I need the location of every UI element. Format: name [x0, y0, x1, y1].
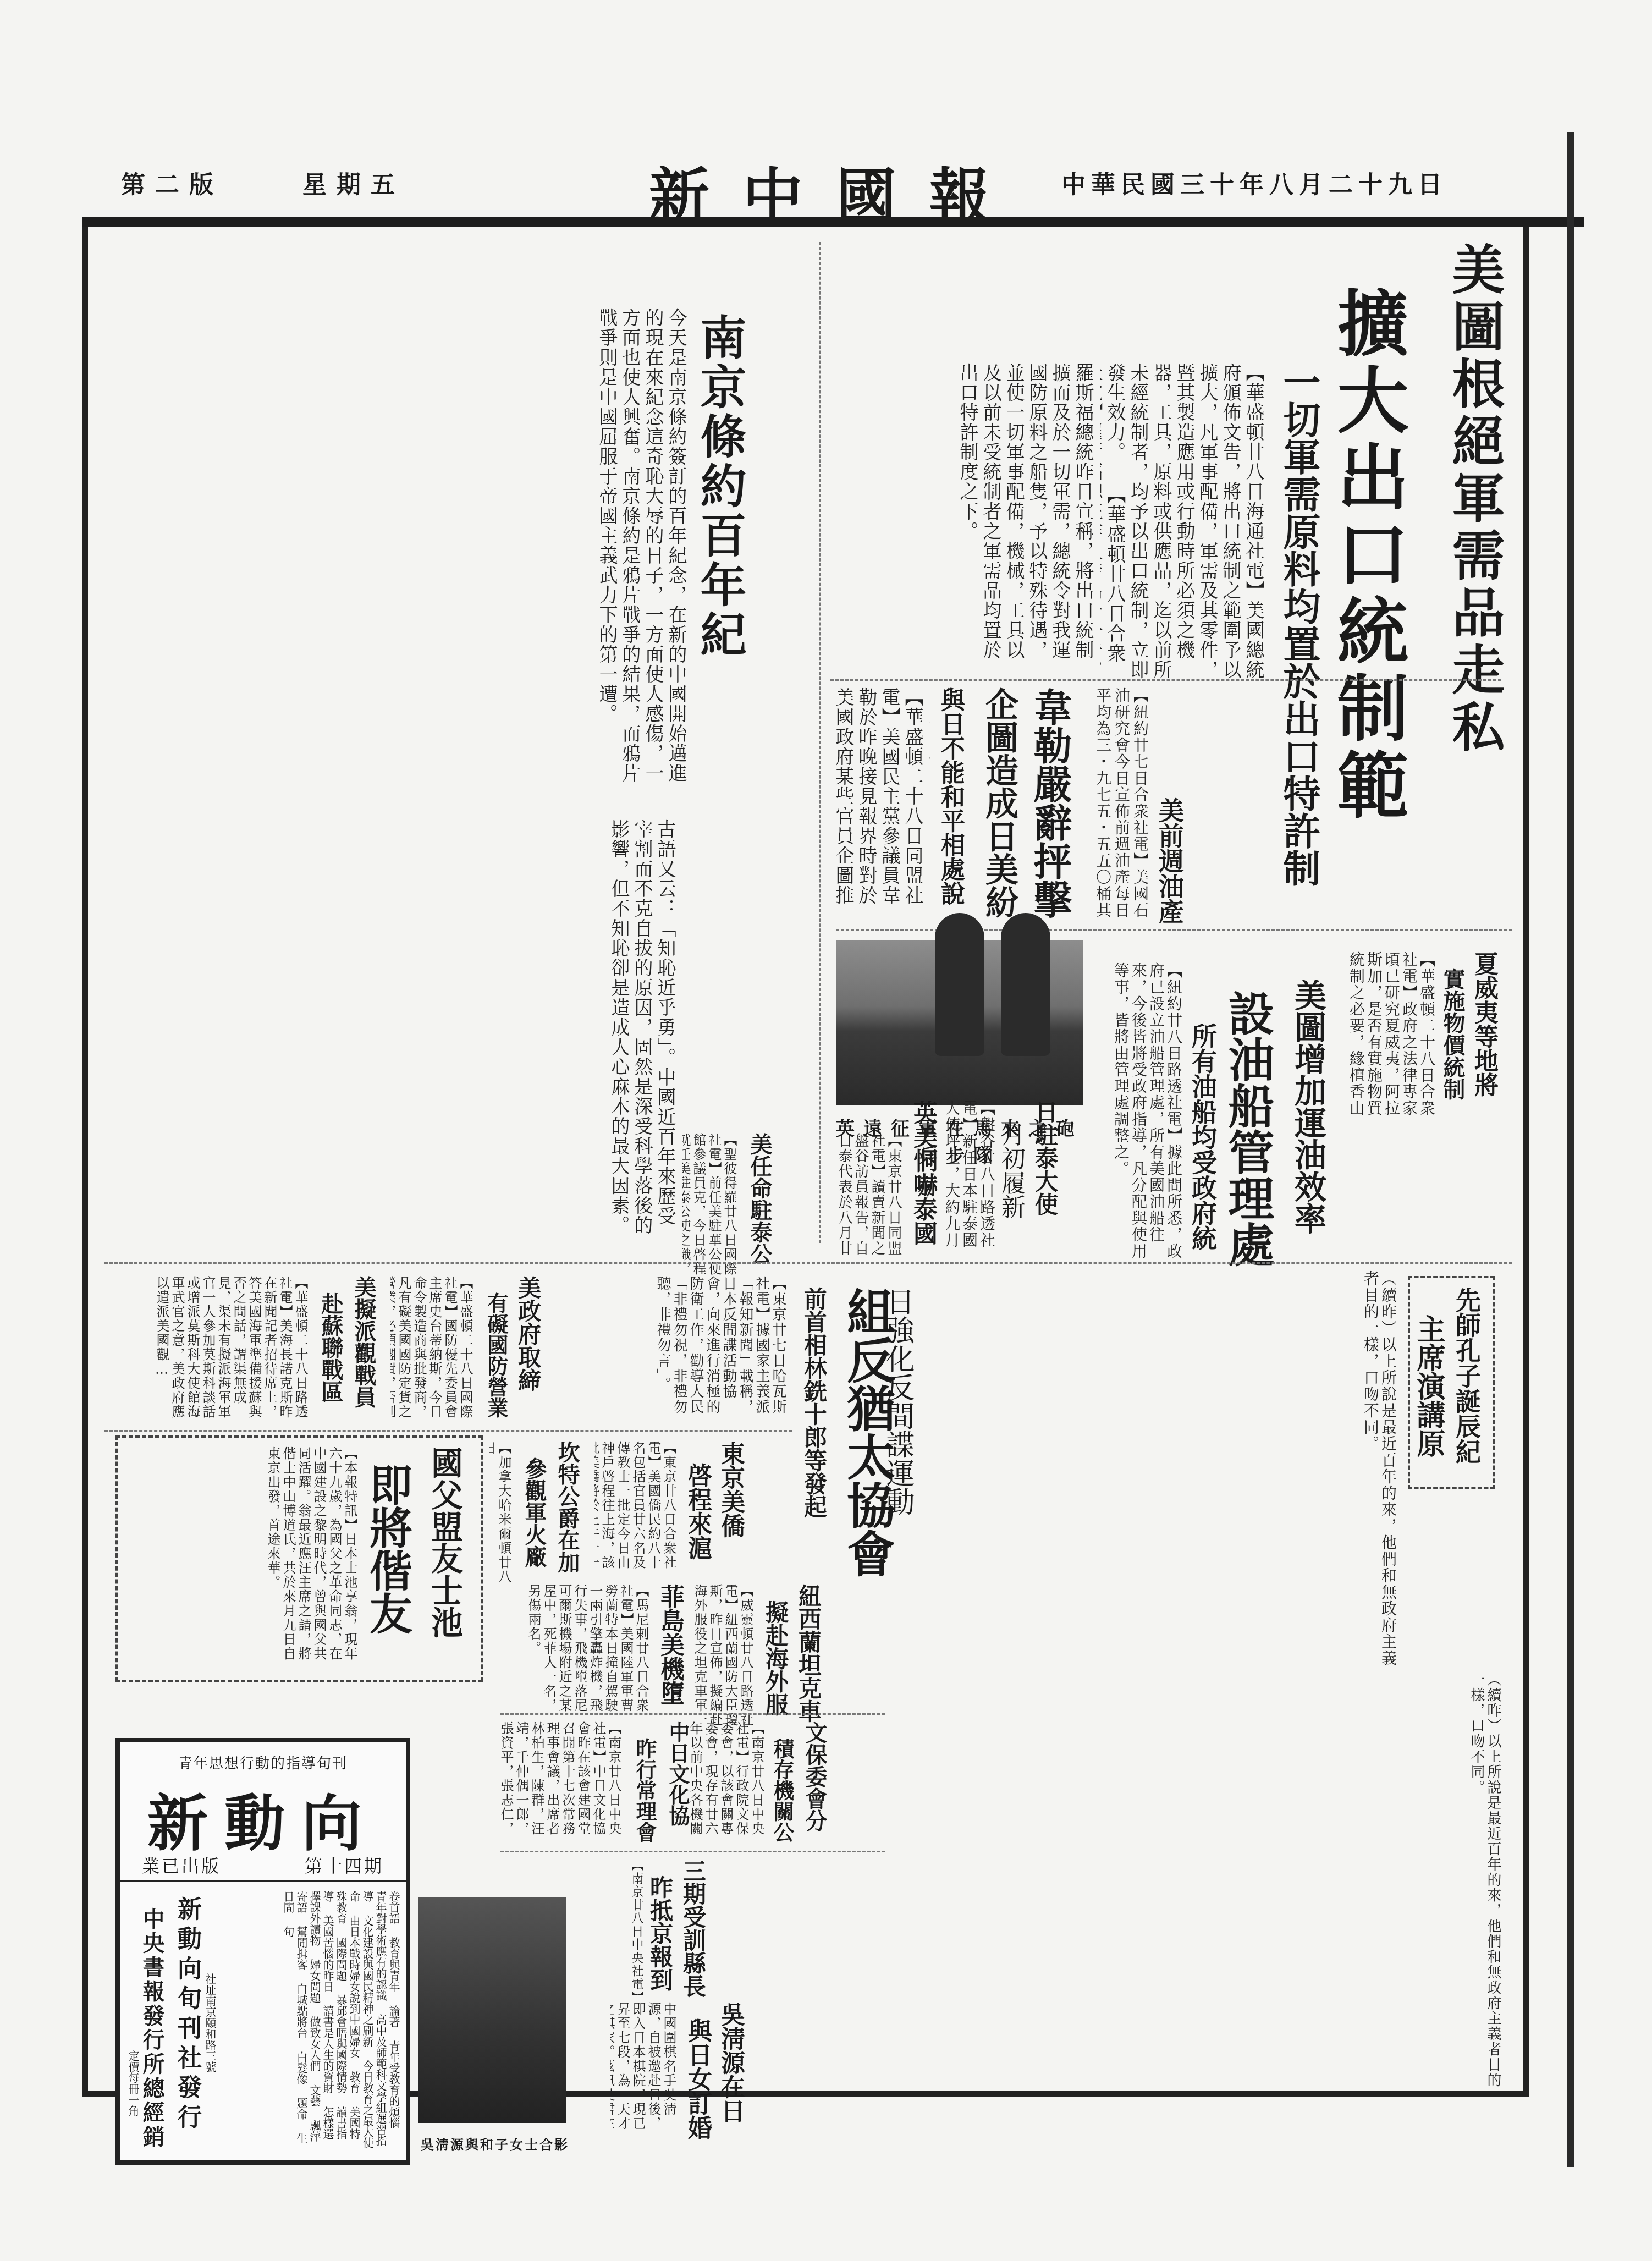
- export-headline-main: 擴大出口統制範圍: [1331, 286, 1419, 891]
- thai-ambassador-headline: 日駐泰大使: [1028, 1100, 1061, 1243]
- confucius-body-continued: （續昨）以上所說是最近百年的來，他們和無政府主義者目的一樣，口吻不同。: [907, 1672, 1501, 2090]
- thai-ambassador-body: 【盤谷廿八日路透社電】新任日本駐泰國大使坪上，大約九月三日可抵泰履新。: [946, 1100, 995, 1259]
- philippines-body: 【馬尼剌廿八日合衆社電】美國陸軍軍曹勞蘭特本日撞自駕駛一兩引擎轟炸機，飛行失事，…: [500, 1584, 649, 1721]
- export-subheadline: 一切軍需原料均置於出口特許制度下: [1276, 363, 1325, 913]
- ad-contents: 卷首語 教育與青年 論著 青年受教育的煩惱 青年對學術應有的認識 高中及師範科文…: [224, 1891, 400, 2149]
- masthead: 第二版 星期五 新中國報 中華民國三十年八月二十九日: [82, 132, 1584, 220]
- ad-title: 新動向: [120, 1775, 406, 1862]
- go-player-headline-1: 吳淸源在日: [715, 2002, 748, 2145]
- anti-jewish-subheadline: 日強化反間諜運動: [874, 1287, 918, 1562]
- nanjing-treaty-headline: 南京條約百年紀念: [693, 313, 753, 698]
- divider: [500, 1713, 885, 1715]
- wheeler-subheadline: 企圖造成日美紛爭: [973, 687, 1023, 918]
- hawaii-subheadline: 實施物價統制: [1441, 968, 1468, 1133]
- ad-issue: 第十四期: [305, 1852, 384, 1878]
- observers-headline: 美擬派觀戰員: [346, 1276, 379, 1419]
- kent-dateline: 【加拿大哈米爾頓廿八日: [489, 1441, 511, 1584]
- tokyo-americans-subheadline: 啓程來滬: [682, 1463, 715, 1595]
- thailand-pressure-headline: 英美恫嚇泰國將施經濟壓力: [907, 1100, 940, 1265]
- divider: [104, 1262, 1512, 1264]
- hawaii-headline: 夏威夷等地將: [1468, 951, 1501, 1138]
- issue-date: 中華民國三十年八月二十九日: [1061, 165, 1447, 200]
- ikeda-body: 【本報特訊】日本士池享翁，現年六十九歲，為國父之革命同志，在中國建設之黎明時代，…: [126, 1446, 357, 1666]
- page-number: 第二版: [121, 165, 223, 200]
- kent-subheadline: 參觀軍火廠: [517, 1457, 550, 1589]
- nanjing-treaty-body: 今天是南京條約簽訂的百年紀念，在新的中國開始邁進的現在來紀念這奇恥大辱的日子，一…: [115, 308, 687, 792]
- oil-tanker-headline-main: 設油船管理處: [1226, 990, 1281, 1276]
- export-body: 【華盛頓廿八日海通社電】美國總統府頒佈文告，將出口統制之範圍予以擴大，凡軍事配備…: [1100, 363, 1265, 682]
- relics-body: 【南京廿八日中央社電】行政院文保委會，以該會關專委會，現存有廿六年以前中央各機關…: [687, 1721, 764, 1842]
- us-minister-body: 【聖彼得羅廿八日國際社電】前任美駐華公使館參議員克，今日啓程就任美駐泰公使之職，…: [682, 1133, 737, 1276]
- sj-culture-body: 【南京廿八日中央社電】中日文化協會昨在該會建國堂召開第十七次常務理事會議，出席者…: [500, 1721, 621, 1848]
- us-minister-headline: 美任命駐泰公使: [742, 1133, 775, 1276]
- oil-tanker-subheadline: 所有油船均受政府統制: [1188, 1023, 1221, 1254]
- newspaper-page: 第二版 星期五 新中國報 中華民國三十年八月二十九日 美圖根絕軍需品走私 擴大出…: [82, 132, 1584, 2134]
- divider: [104, 1430, 792, 1432]
- photo-malaya-troops: [836, 940, 1083, 1105]
- magistrates-dateline: 【南京廿八日中央社電】: [621, 1859, 643, 2002]
- kent-headline: 坎特公爵在加: [550, 1441, 583, 1578]
- ad-tagline: 青年思想行動的指導旬刊: [120, 1752, 406, 1773]
- nanjing-treaty-body-2: 古語又云：「知恥近乎勇」。中國近百年來歷受宰割而不克自拔的原因，固然是深受科學落…: [115, 819, 676, 1237]
- ad-rule: [120, 1880, 406, 1882]
- sj-culture-headline: 中日文化協會: [660, 1721, 693, 1842]
- divider: [500, 1851, 885, 1852]
- us-ban-headline: 美政府取締: [511, 1276, 544, 1419]
- export-body-continued: 羅斯福總統昨日宣稱，將出口統制擴而及於一切軍需，總統令對我運國防原料之船隻，予以…: [907, 363, 1094, 676]
- observers-body: 【華盛頓二十八日路透社電】美海長諾克斯昨在新聞記者招待席上，答美國海軍準備援蘇與…: [115, 1276, 308, 1424]
- weekday: 星期五: [302, 165, 405, 200]
- nz-tanks-body: 【威靈頓廿八日路透社電】紐西蘭國防大臣瓊斯，昨日宣佈，擬編赴海外服役之坦克車軍一…: [693, 1584, 753, 1727]
- sj-culture-subheadline: 昨行常理會議: [627, 1738, 660, 1859]
- nz-tanks-headline: 紐西蘭坦克車: [792, 1584, 825, 1727]
- hawaii-body: 【華盛頓二十八日合衆社電】政府之法律專家頃已研究夏威夷，阿拉斯加，是否有實施物質…: [1347, 951, 1435, 1116]
- ad-publisher: 新動向旬刊社發行: [169, 1896, 205, 2149]
- photo-detail: [1001, 913, 1050, 1056]
- column-divider: [819, 242, 821, 1243]
- oil-production-headline: 美前週油產量: [1149, 797, 1188, 924]
- go-player-headline-2: 與日女訂婚: [682, 2018, 715, 2150]
- tokyo-americans-headline: 東京美僑: [715, 1441, 748, 1573]
- thailand-pressure-body: 【東京廿八日同盟社電】讀賣新聞之盤谷訪員報告，自日泰代表於八月廿六日下午舉行會議…: [836, 1133, 902, 1265]
- tokyo-americans-body: 【東京廿八日合衆社電】美國僑民約八十名包括官員廿六名及傳教士一批定今日由神戶啓程…: [594, 1441, 676, 1573]
- confucius-body: （續昨）以上所說是最近百年的來，他們和無政府主義者目的一樣，口吻不同。: [1089, 1270, 1397, 1666]
- relics-headline: 文保委會分讓: [797, 1721, 830, 1842]
- confucius-headline-2: 主席演講原詞: [1411, 1314, 1449, 1479]
- ikeda-headline-1: 國父盟友士池享翁: [423, 1446, 467, 1666]
- ad-price: 定價每冊一角: [125, 2050, 141, 2160]
- wheeler-subheadline-2: 與日不能和平相處說絕無理由: [929, 687, 968, 918]
- ad-status: 業已出版: [142, 1852, 221, 1878]
- ikeda-headline-2: 即將偕友來華: [363, 1463, 418, 1672]
- nz-tanks-subheadline: 擬赴海外服役: [759, 1600, 792, 1732]
- advertisement-xindongxiang: 青年思想行動的指導旬刊 新動向 業已出版 第十四期 卷首語 教育與青年 論著 青…: [115, 1738, 410, 2165]
- philippines-headline: 菲島美機墮毀: [654, 1584, 687, 1716]
- thai-ambassador-subheadline: 月初履新: [995, 1122, 1028, 1254]
- wheeler-body: 【華盛頓二十八日同盟社電】美國民主黨參議員韋勒於昨晚接見報界時對於美國政府某些官…: [836, 687, 924, 918]
- export-headline-top: 美圖根絕軍需品走私: [1441, 242, 1512, 874]
- outer-border-rule: [1567, 132, 1574, 2167]
- masthead-rule: [82, 217, 1584, 227]
- go-player-photo-caption: 吳淸源與和子女士合影: [412, 2134, 577, 2153]
- wheeler-headline: 韋勒嚴辭抨擊政府: [1028, 687, 1078, 918]
- photo-detail: [935, 913, 984, 1056]
- magistrates-subheadline: 昨抵京報到: [643, 1875, 676, 2007]
- oil-tanker-headline-top: 美圖增加運油效率: [1287, 979, 1331, 1243]
- us-ban-subheadline: 有礙國防營業: [478, 1292, 511, 1424]
- ad-address: 社址南京頤和路三號: [202, 1973, 218, 2138]
- us-ban-body: 【華盛頓二十八日國際社電】國防優先委員會主席史台蒂納斯，今日命令製造商與批發商，…: [390, 1276, 473, 1424]
- oil-production-body: 【紐約廿七日合衆社電】美國石油研究會今日宣佈前週油產每日平均為三・九七五・五五〇…: [1094, 687, 1149, 924]
- go-player-body: 中國圍棋名手吳淸源，自被邀赴日後，即入日本棋院，現已昇至七段，為一天才之棋家。茲…: [610, 2002, 676, 2139]
- divider: [830, 679, 1501, 681]
- observers-subheadline: 赴蘇聯戰區: [313, 1292, 346, 1424]
- magistrates-headline: 三期受訓縣長: [676, 1859, 709, 2002]
- anti-jewish-subheadline-2: 前首相林銑十郎等發起: [797, 1287, 830, 1562]
- confucius-headline-1: 先師孔子誕辰紀念: [1446, 1287, 1485, 1479]
- relics-subheadline: 積存機關公物: [770, 1738, 797, 1848]
- anti-jewish-body: 【東京廿七日哈瓦斯社電】據國家主義派「報知新聞」載稱，日本反間諜活動協會，向來進…: [566, 1276, 786, 1419]
- photo-go-player-couple: [418, 1897, 566, 2123]
- oil-tanker-body: 【紐約廿八日路透社電】據此間所悉，政府已設立油船管理處，所有美國油船往來，今後皆…: [1094, 962, 1182, 1259]
